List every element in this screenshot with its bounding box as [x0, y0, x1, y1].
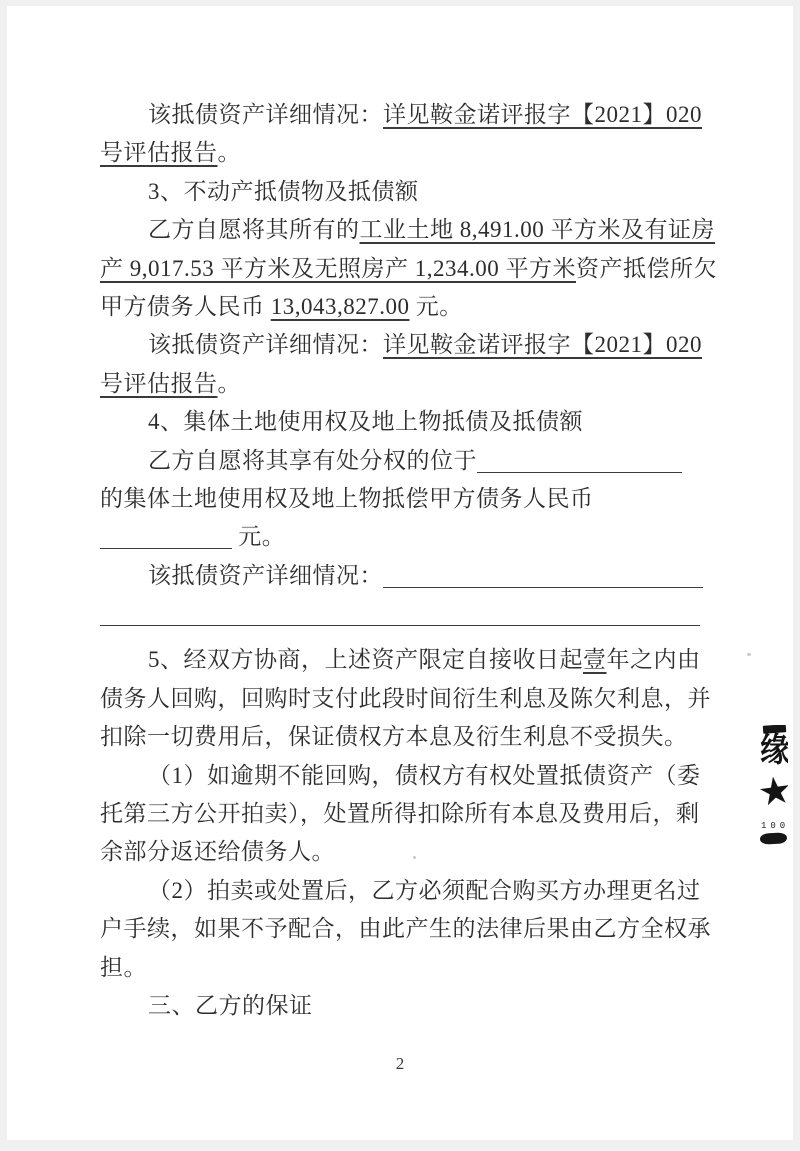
text-run: 债务人回购，回购时支付此段时间衍生利息及陈欠利息，并: [100, 686, 711, 711]
text-line: 号评估报告。: [100, 134, 722, 172]
text-run: 4、集体土地使用权及地上物抵债及抵债额: [148, 409, 583, 434]
text-line: 该抵债资产详细情况：: [100, 557, 722, 595]
text-run: 年之内由: [607, 647, 701, 672]
text-run: 元。: [410, 294, 463, 319]
text-line: 产 9,017.53 平方米及无照房产 1,234.00 平方米资产抵偿所欠: [100, 250, 722, 288]
stamp-digits: 100: [761, 821, 788, 831]
text-line: 甲方债务人民币 13,043,827.00 元。: [100, 288, 722, 326]
star-icon: ★: [756, 770, 788, 814]
text-run: 该抵债资产详细情况：: [148, 332, 383, 357]
text-run: 该抵债资产详细情况：: [148, 563, 383, 588]
text-line: 4、集体土地使用权及地上物抵债及抵债额: [100, 403, 722, 441]
underlined-text: 13,043,827.00: [271, 294, 410, 319]
text-run: 扣除一切费用后，保证债权方本息及衍生利息不受损失。: [100, 724, 688, 749]
text-run: 的集体土地使用权及地上物抵偿甲方债务人民币: [100, 486, 594, 511]
text-line: 托第三方公开拍卖），处置所得扣除所有本息及费用后，剩: [100, 795, 722, 833]
text-run: 。: [218, 371, 242, 396]
text-line: 余部分返还给债务人。: [100, 833, 722, 871]
underlined-text: 详见鞍金诺评报字【2021】020: [383, 102, 702, 127]
stamp-bar-bottom: [760, 832, 788, 844]
text-run: 余部分返还给债务人。: [100, 839, 335, 864]
underlined-text: 产 9,017.53 平方米及无照房产 1,234.00 平方米: [100, 256, 576, 281]
text-line: 5、经双方协商，上述资产限定自接收日起壹年之内由: [100, 641, 722, 679]
scan-speck: [413, 856, 416, 859]
text-line: 户手续，如果不予配合，由此产生的法律后果由乙方全权承: [100, 910, 722, 948]
text-run: 元。: [232, 524, 285, 549]
text-line: 3、不动产抵债物及抵债额: [100, 173, 722, 211]
text-line: 元。: [100, 518, 722, 556]
underlined-text: 工业土地 8,491.00 平方米及有证房: [360, 217, 716, 242]
text-run: 担。: [100, 955, 147, 980]
underlined-text: 壹: [583, 647, 607, 672]
text-run: （1）如逾期不能回购，债权方有权处置抵债资产（委: [148, 763, 701, 788]
blank-underline: [383, 567, 703, 588]
text-run: 乙方自愿将其享有处分权的位于: [148, 448, 477, 473]
text-line: （1）如逾期不能回购，债权方有权处置抵债资产（委: [100, 757, 722, 795]
text-line: 债务人回购，回购时支付此段时间衍生利息及陈欠利息，并: [100, 680, 722, 718]
text-run: 该抵债资产详细情况：: [148, 102, 383, 127]
text-line: 该抵债资产详细情况：详见鞍金诺评报字【2021】020: [100, 326, 722, 364]
text-run: 3、不动产抵债物及抵债额: [148, 179, 419, 204]
text-line: （2）拍卖或处置后，乙方必须配合购买方办理更名过: [100, 872, 722, 910]
page-number: 2: [7, 1054, 793, 1074]
blank-underline: [100, 528, 232, 549]
text-run: 资产抵偿所欠: [576, 256, 717, 281]
text-run: 甲方债务人民币: [100, 294, 271, 319]
text-line: 扣除一切费用后，保证债权方本息及衍生利息不受损失。: [100, 718, 722, 756]
text-run: 。: [218, 140, 242, 165]
blank-underline: [100, 605, 700, 626]
text-run: 托第三方公开拍卖），处置所得扣除所有本息及费用后，剩: [100, 801, 700, 826]
text-run: 户手续，如果不予配合，由此产生的法律后果由乙方全权承: [100, 916, 711, 941]
text-run: 三、乙方的保证: [148, 993, 313, 1018]
text-line: 三、乙方的保证: [100, 987, 722, 1025]
stamp-character: 缘: [760, 732, 788, 769]
blank-underline: [477, 452, 682, 473]
text-line: 担。: [100, 949, 722, 987]
text-run: 5、经双方协商，上述资产限定自接收日起: [148, 647, 583, 672]
document-page: 该抵债资产详细情况：详见鞍金诺评报字【2021】020号评估报告。3、不动产抵债…: [7, 6, 793, 1140]
text-run: （2）拍卖或处置后，乙方必须配合购买方办理更名过: [148, 878, 701, 903]
document-lines: 该抵债资产详细情况：详见鞍金诺评报字【2021】020号评估报告。3、不动产抵债…: [100, 96, 722, 1025]
text-line: 乙方自愿将其享有处分权的位于: [100, 442, 722, 480]
text-line: 该抵债资产详细情况：详见鞍金诺评报字【2021】020: [100, 96, 722, 134]
underlined-text: 详见鞍金诺评报字【2021】020: [383, 332, 702, 357]
text-line: [100, 595, 722, 633]
text-line: 的集体土地使用权及地上物抵偿甲方债务人民币: [100, 480, 722, 518]
scan-speck: [747, 653, 751, 656]
underlined-text: 号评估报告: [100, 371, 218, 396]
text-line: 乙方自愿将其所有的工业土地 8,491.00 平方米及有证房: [100, 211, 722, 249]
underlined-text: 号评估报告: [100, 140, 218, 165]
edge-stamp: 缘 ★ 100: [756, 725, 788, 887]
text-run: 乙方自愿将其所有的: [148, 217, 360, 242]
text-line: 号评估报告。: [100, 365, 722, 403]
